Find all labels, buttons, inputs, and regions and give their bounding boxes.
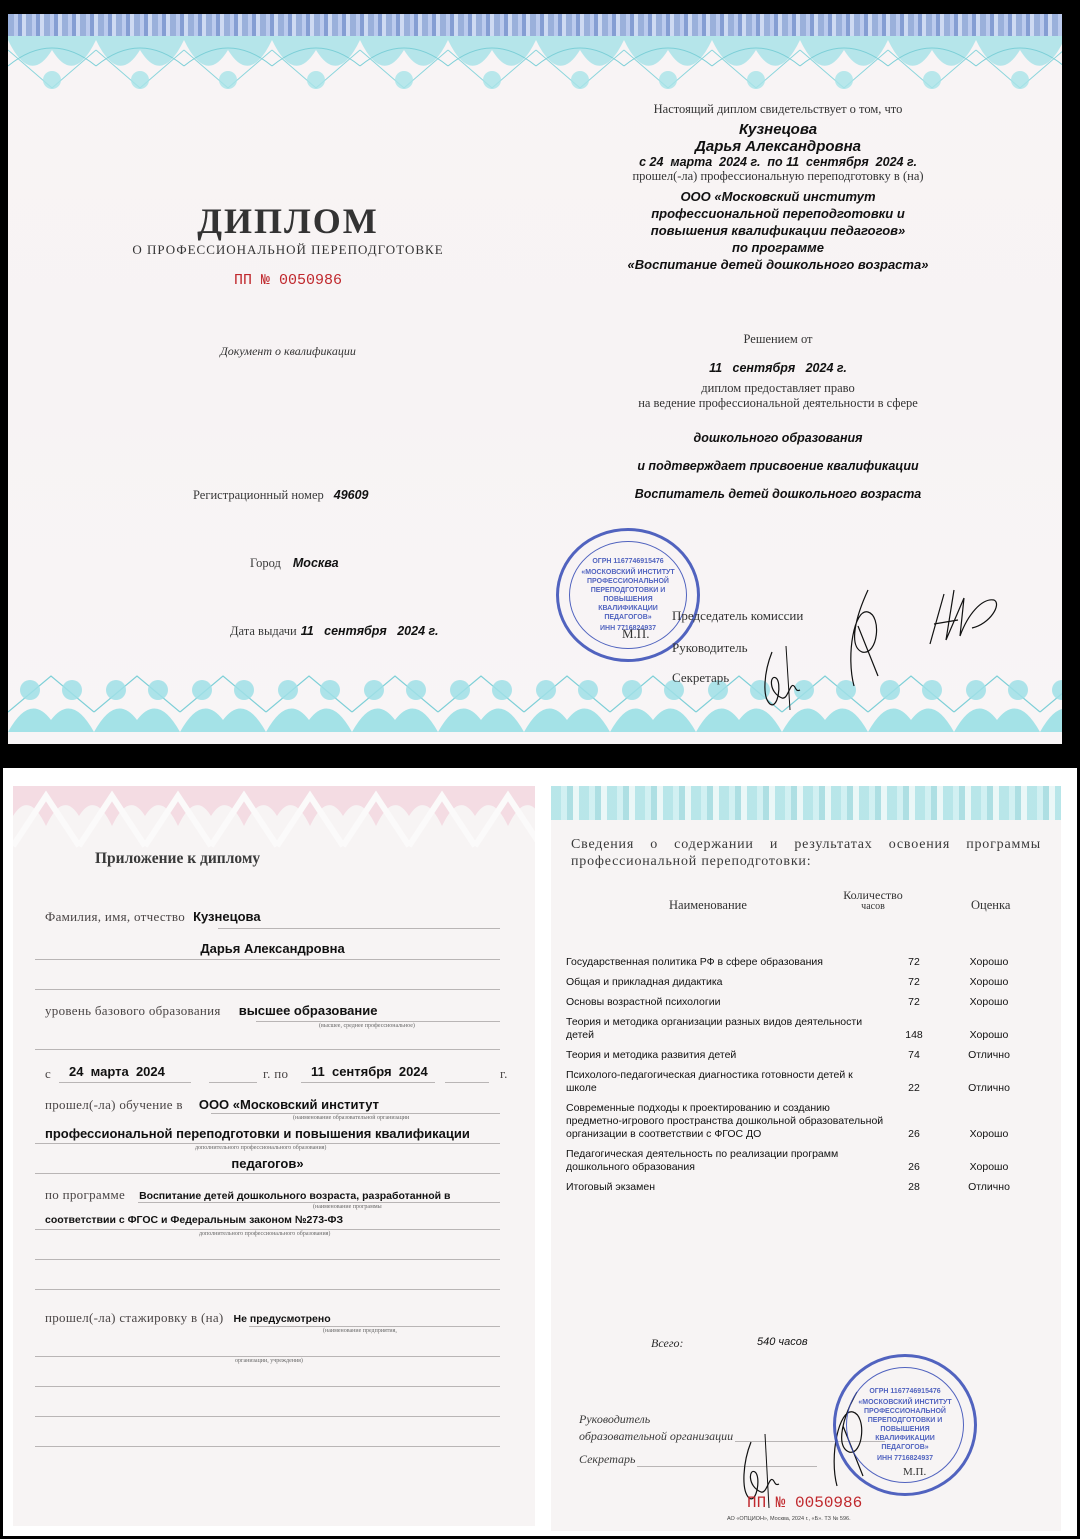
subject-grade: Отлично <box>944 1047 1034 1067</box>
confirms-text: и подтверждает присвоение квалификации <box>568 459 988 473</box>
diploma-title: ДИПЛОМ <box>138 200 438 242</box>
registration-label: Регистрационный номер <box>193 488 324 502</box>
diploma-sheet: ДИПЛОМ О ПРОФЕССИОНАЛЬНОЙ ПЕРЕПОДГОТОВКЕ… <box>8 14 1062 744</box>
ornament-cyan <box>551 786 1061 820</box>
period-year-suffix: г. <box>500 1066 508 1082</box>
stamp-ogrn: ОГРН 1167746915476 <box>851 1387 959 1396</box>
internship-caption-2: организации, учреждения) <box>235 1358 303 1364</box>
subject-row: Психолого-педагогическая диагностика гот… <box>566 1067 1034 1100</box>
education-value: высшее образование <box>239 1003 378 1018</box>
organization-line-2: профессиональной переподготовки и повыше… <box>45 1126 470 1141</box>
study-period: с 24 марта 2024 г. по 11 сентября 2024 г… <box>568 155 988 169</box>
secretary-label: Секретарь <box>579 1452 635 1467</box>
total-hours: 540 часов <box>757 1336 808 1348</box>
registration-number: 49609 <box>334 488 369 502</box>
period-from-prefix: с <box>45 1066 51 1082</box>
subject-row: Современные подходы к проектированию и с… <box>566 1100 1034 1146</box>
fio-row: Фамилия, имя, отчество Кузнецова <box>45 908 261 926</box>
subject-hours: 72 <box>884 954 944 974</box>
seal-mark: М.П. <box>903 1466 926 1478</box>
ornament-pink <box>13 786 535 856</box>
subject-row: Общая и прикладная дидактика72Хорошо <box>566 974 1034 994</box>
subject-hours: 74 <box>884 1047 944 1067</box>
period-from-date: 24 марта 2024 <box>69 1064 165 1079</box>
decision-label: Решением от <box>568 332 988 347</box>
subject-hours: 22 <box>884 1067 944 1100</box>
activity-sphere: дошкольного образования <box>568 431 988 445</box>
stamp-center-text: «МОСКОВСКИЙ ИНСТИТУТ ПРОФЕССИОНАЛЬНОЙ ПЕ… <box>574 568 682 622</box>
certifies-text: Настоящий диплом свидетельствует о том, … <box>568 102 988 117</box>
city-label: Город <box>250 556 281 570</box>
appendix-page-right: Сведения о содержании и результатах осво… <box>551 786 1061 1531</box>
organization-caption-2: дополнительного профессионального образо… <box>195 1145 326 1151</box>
ornament-bottom <box>8 672 1062 732</box>
by-program-label: по программе <box>568 239 988 256</box>
subject-grade: Хорошо <box>944 994 1034 1014</box>
diploma-body: Настоящий диплом свидетельствует о том, … <box>568 102 988 273</box>
subject-hours: 26 <box>884 1100 944 1146</box>
stamp-inn: ИНН 7716824937 <box>851 1454 959 1463</box>
program-line-1: Воспитание детей дошкольного возраста, р… <box>139 1190 450 1202</box>
head-of-organization-label: Руководитель образовательной организации <box>579 1411 733 1445</box>
head-label-line2: образовательной организации <box>579 1428 733 1445</box>
education-row: уровень базового образования высшее обра… <box>45 1002 377 1020</box>
subject-name: Психолого-педагогическая диагностика гот… <box>566 1067 884 1100</box>
period-to-date: 11 сентября 2024 <box>311 1064 428 1079</box>
secretary-label: Секретарь <box>672 670 729 686</box>
program-caption-2: дополнительного профессионального образо… <box>199 1231 330 1237</box>
subject-row: Итоговый экзамен28Отлично <box>566 1179 1034 1199</box>
signature-head <box>838 586 888 696</box>
organization-line: повышения квалификации педагогов» <box>568 222 988 239</box>
subject-row: Государственная политика РФ в сфере обра… <box>566 954 1034 974</box>
graduate-surname: Кузнецова <box>568 121 988 138</box>
appendix-page-left: Приложение к диплому Фамилия, имя, отчес… <box>13 786 535 1526</box>
subject-row: Основы возрастной психологии72Хорошо <box>566 994 1034 1014</box>
column-header-name: Наименование <box>669 898 747 913</box>
decision-block: Решением от 11 сентября 2024 г. диплом п… <box>568 332 988 501</box>
subject-name: Итоговый экзамен <box>566 1179 884 1199</box>
program-name: «Воспитание детей дошкольного возраста» <box>568 256 988 273</box>
issue-date-row: Дата выдачи 11 сентября 2024 г. <box>230 622 438 640</box>
subject-hours: 28 <box>884 1179 944 1199</box>
document-type: Документ о квалификации <box>138 344 438 359</box>
signature-chairman <box>924 584 1004 654</box>
stamp-center-text: «МОСКОВСКИЙ ИНСТИТУТ ПРОФЕССИОНАЛЬНОЙ ПЕ… <box>851 1398 959 1452</box>
issue-date: 11 сентября 2024 г. <box>301 624 439 638</box>
chairman-label: Председатель комиссии <box>672 608 803 624</box>
program-line-2: соответствии с ФГОС и Федеральным законо… <box>45 1214 343 1226</box>
organization-line-3: педагогов» <box>35 1156 500 1171</box>
subject-row: Теория и методика организации разных вид… <box>566 1014 1034 1047</box>
subjects-table: Государственная политика РФ в сфере обра… <box>566 954 1034 1199</box>
subject-name: Основы возрастной психологии <box>566 994 884 1014</box>
diploma-subtitle: О ПРОФЕССИОНАЛЬНОЙ ПЕРЕПОДГОТОВКЕ <box>88 242 488 258</box>
subject-hours: 72 <box>884 994 944 1014</box>
subject-name: Теория и методика организации разных вид… <box>566 1014 884 1047</box>
decision-date: 11 сентября 2024 г. <box>568 361 988 375</box>
organization-line: профессиональной переподготовки и <box>568 205 988 222</box>
graduate-given-names: Дарья Александровна <box>568 138 988 155</box>
organization-line: ООО «Московский институт <box>568 188 988 205</box>
subject-name: Государственная политика РФ в сфере обра… <box>566 954 884 974</box>
subject-grade: Хорошо <box>944 954 1034 974</box>
seal-mark: М.П. <box>622 626 649 642</box>
subject-grade: Хорошо <box>944 1014 1034 1047</box>
head-label-line1: Руководитель <box>579 1411 733 1428</box>
grants-text-2: на ведение профессиональной деятельности… <box>568 396 988 411</box>
appendix-number: ПП № 0050986 <box>747 1494 862 1512</box>
organization-line-1: ООО «Московский институт <box>199 1097 379 1112</box>
period-to-prefix: г. по <box>263 1066 288 1082</box>
grants-text-1: диплом предоставляет право <box>568 381 988 396</box>
column-header-grade: Оценка <box>971 898 1010 913</box>
total-label: Всего: <box>651 1336 684 1351</box>
qualification: Воспитатель детей дошкольного возраста <box>568 487 988 501</box>
subject-hours: 148 <box>884 1014 944 1047</box>
fio-surname: Кузнецова <box>193 909 261 924</box>
registration-number-row: Регистрационный номер 49609 <box>193 486 369 504</box>
signature-secretary <box>760 642 810 712</box>
subject-grade: Отлично <box>944 1179 1034 1199</box>
guilloche-border <box>8 14 1062 36</box>
subject-grade: Хорошо <box>944 1100 1034 1146</box>
city-value: Москва <box>293 556 339 570</box>
subject-row: Педагогическая деятельность по реализаци… <box>566 1146 1034 1179</box>
subject-name: Педагогическая деятельность по реализаци… <box>566 1146 884 1179</box>
subject-name: Теория и методика развития детей <box>566 1047 884 1067</box>
printer-imprint: АО «ОПЦИОН», Москва, 2024 г., «Б». ТЗ № … <box>727 1516 851 1522</box>
column-header-hours-line2: часов <box>833 901 913 912</box>
subject-name: Современные подходы к проектированию и с… <box>566 1100 884 1146</box>
internship-row: прошел(-ла) стажировку в (на) Не предусм… <box>45 1309 331 1327</box>
appendix-sheet: Приложение к диплому Фамилия, имя, отчес… <box>3 768 1077 1536</box>
program-caption-1: (наименование программы <box>313 1204 382 1210</box>
subject-hours: 72 <box>884 974 944 994</box>
training-row: прошел(-ла) обучение в ООО «Московский и… <box>45 1096 379 1114</box>
column-header-hours: Количество часов <box>833 890 913 912</box>
subject-grade: Отлично <box>944 1067 1034 1100</box>
ornament-top <box>8 36 1062 96</box>
head-label: Руководитель <box>672 640 748 656</box>
internship-label: прошел(-ла) стажировку в (на) <box>45 1310 224 1325</box>
subject-grade: Хорошо <box>944 1146 1034 1179</box>
training-label: прошел(-ла) обучение в <box>45 1097 183 1112</box>
organization-caption-1: (наименование образовательной организаци… <box>293 1115 409 1121</box>
education-caption: (высшее, среднее профессиональное) <box>319 1023 415 1029</box>
subject-row: Теория и методика развития детей74Отличн… <box>566 1047 1034 1067</box>
fio-label: Фамилия, имя, отчество <box>45 909 185 924</box>
diploma-number: ПП № 0050986 <box>188 272 388 289</box>
education-label: уровень базового образования <box>45 1003 221 1018</box>
subject-hours: 26 <box>884 1146 944 1179</box>
fio-given-names: Дарья Александровна <box>45 941 500 956</box>
issue-date-label: Дата выдачи <box>230 624 297 638</box>
city-row: Город Москва <box>250 554 339 572</box>
stamp-ogrn: ОГРН 1167746915476 <box>574 557 682 566</box>
subject-grade: Хорошо <box>944 974 1034 994</box>
internship-value: Не предусмотрено <box>234 1313 331 1325</box>
appendix-title: Приложение к диплому <box>95 850 260 868</box>
program-label: по программе <box>45 1187 125 1202</box>
results-heading: Сведения о содержании и результатах осво… <box>571 836 1041 870</box>
subject-name: Общая и прикладная дидактика <box>566 974 884 994</box>
column-header-hours-line1: Количество <box>833 890 913 901</box>
completed-text: прошел(-ла) профессиональную переподгото… <box>568 169 988 184</box>
internship-caption-1: (наименование предприятия, <box>323 1328 397 1334</box>
organization-name: ООО «Московский институт профессионально… <box>568 188 988 273</box>
